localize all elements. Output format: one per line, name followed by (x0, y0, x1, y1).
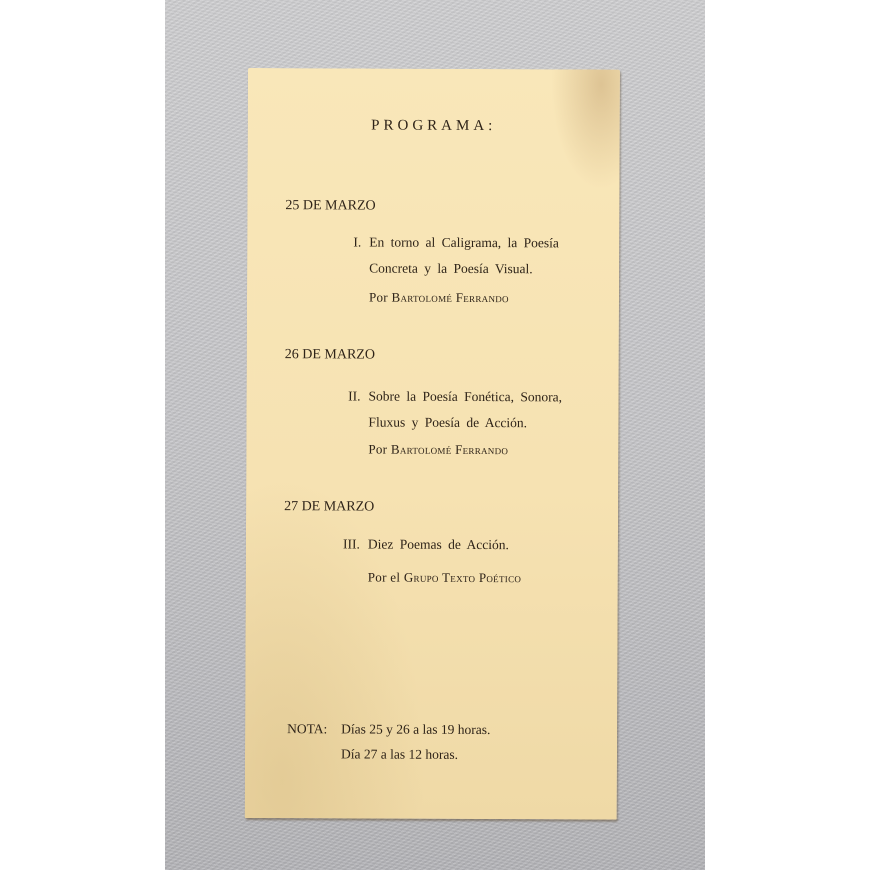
session-numeral-1: I. (331, 234, 361, 250)
session-title-line-3-1: Diez Poemas de Acción. (368, 537, 509, 554)
session-date-3: 27 DE MARZO (284, 499, 374, 515)
speaker-prefix: Por (369, 290, 388, 305)
note-line-1: Días 25 y 26 a las 19 horas. (341, 721, 490, 738)
note-label: NOTA: (287, 721, 327, 737)
speaker-name: Bartolomé Ferrando (392, 290, 509, 306)
session-speaker-2: Por Bartolomé Ferrando (368, 442, 508, 459)
session-title-line-1-2: Concreta y la Poesía Visual. (369, 261, 533, 278)
speaker-prefix: Por el (368, 570, 401, 585)
session-speaker-1: Por Bartolomé Ferrando (369, 290, 509, 307)
session-title-line-2-1: Sobre la Poesía Fonética, Sonora, (369, 389, 563, 406)
program-card: PROGRAMA: 25 DE MARZO I. En torno al Cal… (245, 68, 620, 820)
program-title: PROGRAMA: (248, 117, 620, 136)
session-speaker-3: Por el Grupo Texto Poético (368, 570, 521, 587)
speaker-name: Grupo Texto Poético (404, 570, 521, 586)
session-numeral-3: III. (330, 536, 360, 552)
session-title-line-2-2: Fluxus y Poesía de Acción. (368, 415, 527, 432)
session-date-2: 26 DE MARZO (285, 347, 375, 363)
speaker-name: Bartolomé Ferrando (391, 442, 508, 458)
session-numeral-2: II. (331, 388, 361, 404)
speaker-prefix: Por (368, 442, 387, 457)
session-date-1: 25 DE MARZO (285, 198, 375, 214)
session-title-line-1-1: En torno al Caligrama, la Poesía (369, 235, 559, 252)
note-line-2: Día 27 a las 12 horas. (341, 746, 458, 763)
